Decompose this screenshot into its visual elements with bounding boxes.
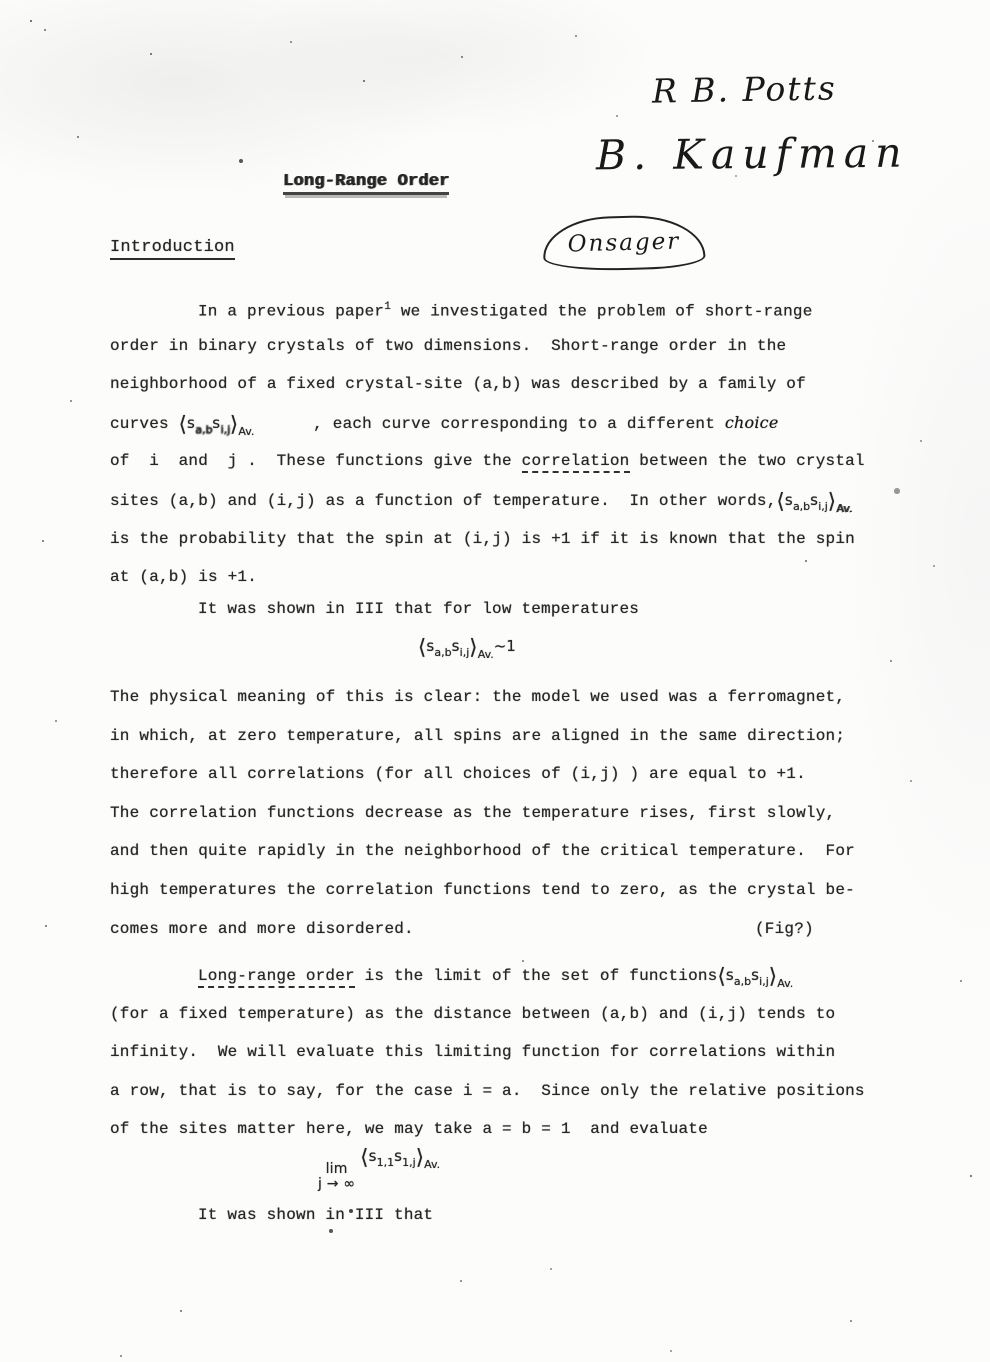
average-subscript: Av. [424,1158,440,1171]
body-text: of the sites matter here, we may take a … [110,1120,708,1138]
body-line: sites (a,b) and (i,j) as a function of t… [110,481,900,520]
body-text: In a previous paper [198,302,384,320]
langle: ⟨ [718,964,726,988]
body-line: therefore all correlations (for all choi… [110,755,930,794]
body-text: sites (a,b) and (i,j) as a function of t… [110,492,777,510]
body-text: neighborhood of a fixed crystal-site (a,… [110,375,806,393]
langle: ⟨ [179,412,187,436]
subscript-1j: 1,j [402,1156,416,1169]
subscript-ij: i,j [460,646,470,659]
underlined-phrase-long-range-order: Long-range order [198,967,355,988]
inline-formula-correlation: ⟨sa,bsi,j⟩Av. [777,490,853,509]
handwritten-word-choice: choice [725,413,779,432]
body-line: a row, that is to say, for the case i = … [110,1072,930,1111]
body-line: The correlation functions decrease as th… [110,794,930,833]
body-line: (for a fixed temperature) as the distanc… [110,995,930,1034]
subscript-ij: i,j [759,975,769,988]
subscript-ij: i,j [220,423,230,436]
paragraph-long-range-order: Long-range order is the limit of the set… [110,956,930,1149]
body-text: at (a,b) is +1. [110,568,257,586]
underlined-word-correlation: correlation [522,452,630,473]
average-subscript: Av. [777,977,793,990]
body-text: between the two crystal [630,452,865,470]
display-equation-low-temp-limit: ⟨sa,bsi,j⟩Av.~1 [418,636,516,661]
handwritten-name-potts: R B. Potts [652,68,837,110]
body-line: in which, at zero temperature, all spins… [110,717,930,756]
body-text: comes more and more disordered. [110,920,414,938]
display-equation-limit-j-infinity: limj → ∞⟨s1,1s1,j⟩Av. [318,1146,440,1193]
inline-formula-correlation: ⟨sa,bsi,j⟩Av. [179,413,255,432]
rangle: ⟩ [769,964,777,988]
body-line: In a previous paper1 we investigated the… [110,288,900,327]
body-line: of i and j . These functions give the co… [110,442,900,481]
body-text: we investigated the problem of short-ran… [391,302,812,320]
body-text: It was shown in III that for low tempera… [198,600,639,618]
body-line: of the sites matter here, we may take a … [110,1110,930,1149]
rangle: ⟩ [828,489,836,513]
scan-noise-speckles [30,20,32,22]
average-subscript: Av. [478,648,494,661]
fig-placeholder-note: (Fig?) [755,910,814,949]
approx-one: ~1 [494,637,516,655]
body-line: order in binary crystals of two dimensio… [110,327,900,366]
limit-operator: limj → ∞ [318,1162,355,1193]
body-text: (for a fixed temperature) as the distanc… [110,1005,835,1023]
body-text: It was shown in III that [198,1206,433,1224]
body-line: infinity. We will evaluate this limiting… [110,1033,930,1072]
subscript-ab: a,b [793,500,810,513]
langle: ⟨ [360,1145,368,1169]
lim-subscript: j → ∞ [318,1177,355,1192]
body-line: It was shown in III that [110,1196,900,1235]
spin-symbol: s [369,1147,377,1165]
subscript-11: 1,1 [377,1156,395,1169]
paragraph-physical-meaning: The physical meaning of this is clear: t… [110,678,930,948]
subscript-ab: a,b [195,423,212,436]
body-line: curves ⟨sa,bsi,j⟩Av. , each curve corres… [110,404,900,443]
body-line: Long-range order is the limit of the set… [110,956,930,995]
handwritten-name-onsager: Onsager [567,229,680,258]
body-line: The physical meaning of this is clear: t… [110,678,930,717]
spin-symbol: s [810,491,818,509]
page-title: Long-Range Order [283,172,449,195]
subscript-ab: a,b [734,975,751,988]
body-text: in which, at zero temperature, all spins… [110,727,845,745]
body-line: and then quite rapidly in the neighborho… [110,832,930,871]
spin-symbol: s [394,1147,402,1165]
paragraph-low-temperatures: It was shown in III that for low tempera… [110,590,900,629]
handwritten-name-kaufman: B. Kaufman [596,129,909,180]
inline-formula-correlation: ⟨sa,bsi,j⟩Av. [718,965,794,984]
scanned-manuscript-page: { "annotations": { "potts": "R B. Potts"… [0,0,990,1362]
body-line: is the probability that the spin at (i,j… [110,520,900,559]
body-text: order in binary crystals of two dimensio… [110,337,786,355]
body-line: high temperatures the correlation functi… [110,871,930,910]
body-text: a row, that is to say, for the case i = … [110,1082,865,1100]
onsager-bubble: Onsager [542,214,705,272]
spin-symbol: s [452,637,460,655]
body-text: high temperatures the correlation functi… [110,881,855,899]
paragraph-introduction-1: In a previous paper1 we investigated the… [110,288,900,597]
body-text: curves [110,415,179,433]
subscript-ab: a,b [434,646,451,659]
body-text: of i and j . These functions give the [110,452,522,470]
body-text: is the probability that the spin at (i,j… [110,530,855,548]
body-line: It was shown in III that for low tempera… [110,590,900,629]
subscript-ij: i,j [818,500,828,513]
rangle: ⟩ [469,635,477,659]
langle: ⟨ [777,489,785,513]
average-subscript: Av. [836,502,852,515]
body-text: The physical meaning of this is clear: t… [110,688,845,706]
body-text: and then quite rapidly in the neighborho… [110,842,855,860]
spin-symbol: s [187,414,195,432]
body-text: is the limit of the set of functions [355,967,718,985]
body-line: comes more and more disordered.(Fig?) [110,910,930,949]
spin-symbol: s [751,966,759,984]
body-text: therefore all correlations (for all choi… [110,765,806,783]
body-text: , each curve corresponding to a differen… [254,415,724,433]
body-text: infinity. We will evaluate this limiting… [110,1043,835,1061]
body-line: neighborhood of a fixed crystal-site (a,… [110,365,900,404]
rangle: ⟩ [416,1145,424,1169]
section-heading-introduction: Introduction [110,238,235,260]
spin-symbol: s [726,966,734,984]
average-subscript: Av. [238,425,254,438]
paragraph-shown-in-III: It was shown in III that [110,1196,900,1235]
spin-symbol: s [785,491,793,509]
body-text: The correlation functions decrease as th… [110,804,835,822]
